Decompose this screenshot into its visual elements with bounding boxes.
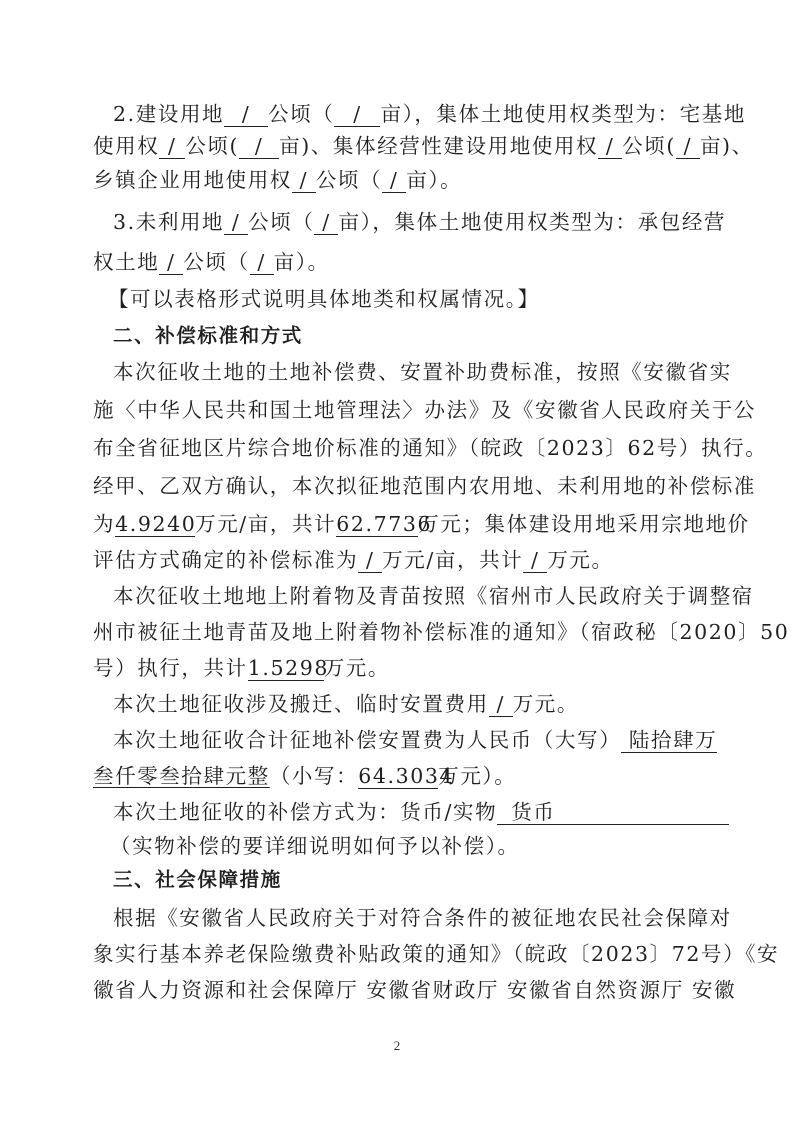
text: 万元。 <box>513 692 579 716</box>
amount-lowercase: 64.3034 <box>358 764 438 789</box>
text: 根据《安徽省人民政府关于对符合条件的被征地农民社会保障对 <box>113 906 732 930</box>
text: 权土地 <box>93 250 159 274</box>
text: 3.未利用地 <box>113 210 224 234</box>
text: 乡镇企业用地使用权 <box>93 168 292 192</box>
text: 徽省人力资源和社会保障厅 安徽省财政厅 安徽省自然资源厅 安徽 <box>93 978 736 1002</box>
text-line: 乡镇企业用地使用权/公顷（/亩）。 <box>93 166 733 194</box>
fill-blank: / <box>224 210 248 235</box>
note-line: 【可以表格形式说明具体地类和权属情况。】 <box>108 285 748 313</box>
text: 亩），集体土地使用权类型为：宅基地 <box>380 102 745 126</box>
text: 亩），集体土地使用权类型为：承包经营 <box>338 210 726 234</box>
text: 亩）。 <box>274 250 330 274</box>
text-line: 根据《安徽省人民政府关于对符合条件的被征地农民社会保障对 <box>113 904 753 932</box>
section-title: 二、补偿标准和方式 <box>113 324 303 347</box>
text-line: 本次土地征收涉及搬迁、临时安置费用/万元。 <box>113 690 753 718</box>
text-line: 本次征收土地的土地补偿费、安置补助费标准，按照《安徽省实 <box>113 358 753 386</box>
text: 万元）。 <box>438 764 516 788</box>
fill-blank: / <box>523 548 547 573</box>
text: 万元/亩，共计 <box>382 548 523 572</box>
text: 公顷( <box>185 134 239 158</box>
text: 公顷（ <box>248 210 314 234</box>
text: 为 <box>93 512 115 536</box>
text: 象实行基本养老保险缴费补贴政策的通知》（皖政〔2023〕72号）《安 <box>93 942 779 966</box>
text: 号）执行，共计 <box>93 656 248 680</box>
text-line: 为4.9240万元/亩，共计62.7736万元；集体建设用地采用宗地地价 <box>93 510 733 538</box>
text-line: 象实行基本养老保险缴费补贴政策的通知》（皖政〔2023〕72号）《安 <box>93 940 733 968</box>
text-line: 权土地/公顷（/亩）。 <box>93 248 733 276</box>
fill-blank: 4.9240 <box>115 512 195 537</box>
text-line: 州市被征土地青苗及地上附着物补偿标准的通知》（宿政秘〔2020〕50 <box>93 618 733 646</box>
text: 州市被征土地青苗及地上附着物补偿标准的通知》（宿政秘〔2020〕50 <box>93 620 789 644</box>
text-line: 经甲、乙双方确认，本次拟征地范围内农用地、未利用地的补偿标准 <box>93 472 733 500</box>
fill-blank: / <box>676 134 700 159</box>
fill-blank: / <box>239 134 279 159</box>
text: （实物补偿的要详细说明如何予以补偿）。 <box>110 834 520 858</box>
text: 本次土地征收的补偿方式为：货币/实物 <box>113 800 497 824</box>
text-line: 本次土地征收的补偿方式为：货币/实物货币 <box>113 798 753 826</box>
text: 亩）。 <box>406 168 462 192</box>
section-heading-2: 二、补偿标准和方式 <box>113 322 753 350</box>
text-line: 3.未利用地/公顷（/亩），集体土地使用权类型为：承包经营 <box>113 208 753 236</box>
text: 亩)、集体经营性建设用地使用权 <box>279 134 598 158</box>
text: 布全省征地区片综合地价标准的通知》（皖政〔2023〕62号）执行。 <box>93 436 767 460</box>
text-line: 本次土地征收合计征地补偿安置费为人民币（大写）陆拾肆万 <box>113 726 753 754</box>
fill-blank: / <box>159 250 183 275</box>
text: 公顷（ <box>316 168 382 192</box>
fill-blank: / <box>598 134 622 159</box>
compensation-method: 货币 <box>497 800 729 825</box>
amount-uppercase-part2: 叁仟零叁拾肆元整 <box>93 764 270 788</box>
fill-blank: / <box>292 168 316 193</box>
text-line: 2.建设用地/公顷（/亩），集体土地使用权类型为：宅基地 <box>113 100 753 128</box>
text: 公顷( <box>622 134 676 158</box>
section-heading-3: 三、社会保障措施 <box>113 866 753 894</box>
fill-blank: / <box>358 548 382 573</box>
fill-blank: / <box>250 250 274 275</box>
text: 施〈中华人民共和国土地管理法〉办法》及《安徽省人民政府关于公 <box>93 398 756 422</box>
fill-blank: / <box>382 168 406 193</box>
text: 【可以表格形式说明具体地类和权属情况。】 <box>108 287 540 311</box>
text: 万元。 <box>324 656 390 680</box>
text: 2.建设用地 <box>113 102 224 126</box>
section-title: 三、社会保障措施 <box>113 868 282 891</box>
fill-blank: 1.5298 <box>248 656 324 681</box>
text-line: （实物补偿的要详细说明如何予以补偿）。 <box>110 832 750 860</box>
text-line: 施〈中华人民共和国土地管理法〉办法》及《安徽省人民政府关于公 <box>93 396 733 424</box>
text: 评估方式确定的补偿标准为 <box>93 548 358 572</box>
text-line: 评估方式确定的补偿标准为/万元/亩，共计/万元。 <box>93 546 733 574</box>
text: 万元/亩，共计 <box>195 512 336 536</box>
text-line: 号）执行，共计1.5298万元。 <box>93 654 733 682</box>
text: 公顷（ <box>183 250 249 274</box>
text: 公顷（ <box>268 102 334 126</box>
text-line: 使用权/公顷(/亩)、集体经营性建设用地使用权/公顷(/亩)、 <box>93 132 733 160</box>
text: （小写： <box>270 764 358 788</box>
text: 亩)、 <box>700 134 754 158</box>
fill-blank: 62.7736 <box>336 512 418 537</box>
fill-blank: / <box>314 210 338 235</box>
text-line: 叁仟零叁拾肆元整（小写：64.3034万元）。 <box>93 762 733 790</box>
text-line: 徽省人力资源和社会保障厅 安徽省财政厅 安徽省自然资源厅 安徽 <box>93 976 733 1004</box>
amount-uppercase-part1: 陆拾肆万 <box>621 728 717 753</box>
text: 使用权 <box>93 134 159 158</box>
fill-blank: / <box>489 692 513 717</box>
text: 本次土地征收涉及搬迁、临时安置费用 <box>113 692 489 716</box>
text-line: 布全省征地区片综合地价标准的通知》（皖政〔2023〕62号）执行。 <box>93 434 733 462</box>
text: 万元。 <box>547 548 613 572</box>
text: 万元；集体建设用地采用宗地地价 <box>418 512 750 536</box>
document-page: 2.建设用地/公顷（/亩），集体土地使用权类型为：宅基地 使用权/公顷(/亩)、… <box>0 0 794 1123</box>
page-number: 2 <box>390 1038 404 1054</box>
text-line: 本次征收土地地上附着物及青苗按照《宿州市人民政府关于调整宿 <box>113 582 753 610</box>
text: 经甲、乙双方确认，本次拟征地范围内农用地、未利用地的补偿标准 <box>93 474 756 498</box>
text: 本次征收土地地上附着物及青苗按照《宿州市人民政府关于调整宿 <box>113 584 754 608</box>
text: 本次征收土地的土地补偿费、安置补助费标准，按照《安徽省实 <box>113 360 732 384</box>
fill-blank: / <box>159 134 185 159</box>
text: 本次土地征收合计征地补偿安置费为人民币（大写） <box>113 728 621 752</box>
fill-blank: / <box>334 102 380 127</box>
fill-blank: / <box>224 102 268 127</box>
